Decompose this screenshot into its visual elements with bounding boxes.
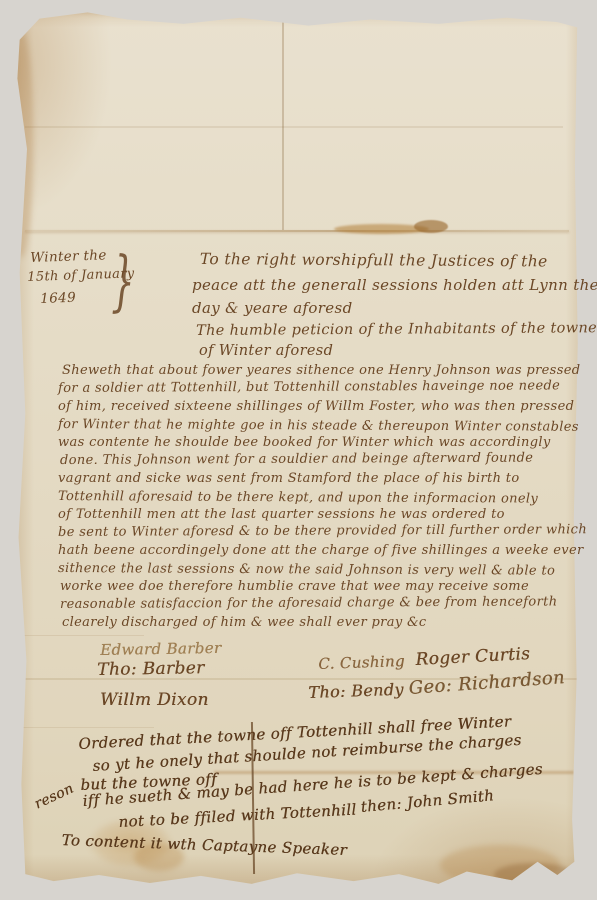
signature-edward-barber: Edward Barber (100, 639, 222, 659)
margin-note-line-3: 1649 (40, 290, 76, 307)
body-line-10: be sent to Winter aforesd & to be there … (58, 522, 587, 540)
body-line-5: was contente he shoulde bee booked for W… (58, 435, 551, 450)
address-line-2: peace att the generall sessions holden a… (192, 276, 597, 294)
body-line-12: sithence the last sessions & now the sai… (58, 561, 555, 579)
signature-tho-barber: Tho: Barber (97, 658, 205, 680)
margin-brace: } (111, 242, 135, 320)
body-line-3: of him, received sixteene shillinges of … (58, 399, 574, 414)
photo-backdrop: Winter the 15th of January 1649 } To the… (0, 0, 597, 900)
signature-geo-richardson: Geo: Richardson (408, 667, 566, 699)
address-line-1: To the right worshipfull the Justices of… (200, 250, 548, 270)
body-line-2: for a soldier att Tottenhill, but Totten… (58, 378, 560, 396)
petition-title-line-2: of Winter aforesd (199, 343, 333, 359)
body-line-14: reasonable satisfaccion for the aforesai… (60, 594, 557, 612)
body-line-6: done. This Johnson went for a souldier a… (60, 451, 533, 468)
body-line-8: Tottenhill aforesaid to be there kept, a… (58, 489, 538, 507)
address-line-3: day & yeare aforesd (192, 299, 353, 317)
endorsement-margin-word: reson (32, 781, 76, 813)
endorsement-line-5: then: John Smith (360, 786, 495, 816)
endorsement-line-6: not to be ffiled with Tottenhill (118, 801, 357, 831)
body-line-9: of Tottenhill men att the last quarter s… (58, 507, 505, 522)
signature-roger-curtis: Roger Curtis (415, 644, 531, 670)
signature-willm-dixon: Willm Dixon (100, 690, 209, 710)
body-line-4: for Winter that he mighte goe in his ste… (58, 417, 579, 435)
body-line-7: vagrant and sicke was sent from Stamford… (58, 471, 520, 486)
signature-tho-bendy: Tho: Bendy (308, 680, 404, 702)
handwriting-layer: Winter the 15th of January 1649 } To the… (0, 0, 597, 900)
body-line-1: Sheweth that about fower yeares sithence… (62, 363, 580, 378)
body-line-15: clearely discharged of him & wee shall e… (62, 615, 427, 630)
petition-title-line-1: The humble peticion of the Inhabitants o… (196, 320, 597, 339)
body-line-13: worke wee doe therefore humblie crave th… (60, 579, 529, 594)
signature-c-cushing: C. Cushing (318, 652, 405, 673)
body-line-11: hath beene accordingely done att the cha… (58, 543, 584, 558)
endorsement-line-7: To content it wth Captayne Speaker (61, 831, 347, 859)
margin-note-line-1: Winter the (30, 247, 107, 266)
